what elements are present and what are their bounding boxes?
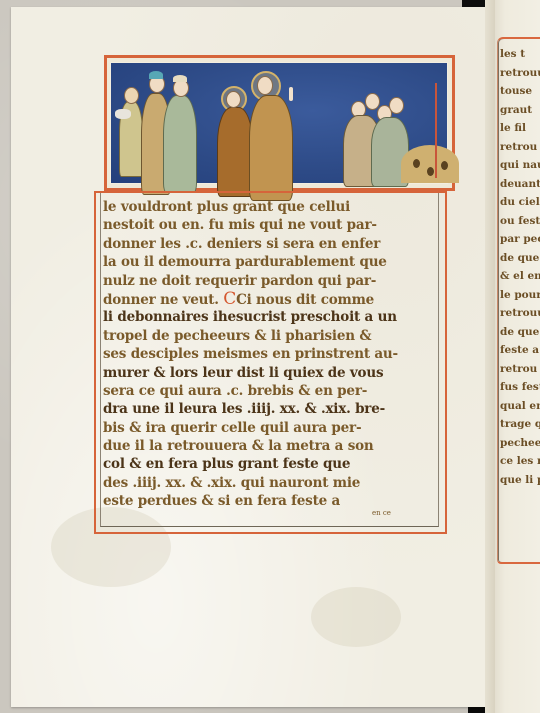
facing-line: & el en xyxy=(500,267,540,286)
facing-line: trage qu xyxy=(500,415,540,434)
facing-line: de que xyxy=(500,249,540,268)
miniature-blue-ground xyxy=(110,62,448,184)
facing-line: deuant xyxy=(500,175,540,194)
text-line: des .iiij. xx. & .xix. qui nauront mie xyxy=(103,474,443,492)
facing-line: qui nau xyxy=(500,156,540,175)
facing-line: les t xyxy=(500,45,540,64)
facing-line: retrouu xyxy=(500,64,540,83)
facing-line: feste a xyxy=(500,341,540,360)
text-line: murer & lors leur dist li quiex de vous xyxy=(103,364,443,382)
facing-line: de que d xyxy=(500,323,540,342)
facing-line: touse xyxy=(500,82,540,101)
red-initial-letter: C xyxy=(223,289,236,309)
text-line: li debonnaires ihesucrist preschoit a un xyxy=(103,308,443,326)
text-fragment: Ci nous dit comme xyxy=(236,292,374,308)
text-line: donner les .c. deniers si sera en enfer xyxy=(103,235,443,253)
facing-line: pecheeurs xyxy=(500,434,540,453)
book-gutter xyxy=(485,0,495,713)
text-line: nulz ne doit requerir pardon qui par- xyxy=(103,272,443,290)
facing-line: retrou xyxy=(500,138,540,157)
parchment-stain xyxy=(311,587,401,647)
facing-line: que li p xyxy=(500,471,540,490)
text-line: le vouldront plus grant que cellui xyxy=(103,198,443,216)
facing-line: retrou xyxy=(500,360,540,379)
raised-hand xyxy=(289,87,293,101)
facing-line: ce les n xyxy=(500,452,540,471)
facing-line: par pec xyxy=(500,230,540,249)
interlinear-gloss: en ce xyxy=(372,509,391,517)
text-line: nestoit ou en. fu mis qui ne vout par- xyxy=(103,216,443,234)
facing-line: fus feste xyxy=(500,378,540,397)
facing-page-text: les t retrouu touse graut le fil retrou … xyxy=(500,45,540,489)
facing-line: du ciel xyxy=(500,193,540,212)
facing-line: graut xyxy=(500,101,540,120)
miniature-red-rule xyxy=(435,83,437,178)
text-fragment: donner ne veut. xyxy=(103,292,219,308)
text-line: tropel de pecheeurs & li pharisien & xyxy=(103,327,443,345)
facing-line: qual en xyxy=(500,397,540,416)
text-line: este perdues & si en fera feste a xyxy=(103,492,443,510)
text-line-with-initial: donner ne veut. CCi nous dit comme xyxy=(103,290,443,308)
text-line: dra une il leura les .iiij. xx. & .xix. … xyxy=(103,400,443,418)
text-line: sera ce qui aura .c. brebis & en per- xyxy=(103,382,443,400)
rocky-hillock xyxy=(401,145,459,183)
text-line: col & en fera plus grant feste que xyxy=(103,455,443,473)
text-line: la ou il demourra pardurablement que xyxy=(103,253,443,271)
text-line: ses desciples meismes en prinstrent au- xyxy=(103,345,443,363)
text-line: bis & ira querir celle quil aura per- xyxy=(103,419,443,437)
facing-line: ou feste xyxy=(500,212,540,231)
facing-line: retrouu xyxy=(500,304,540,323)
facing-line: le fil xyxy=(500,119,540,138)
facing-line: le pour xyxy=(500,286,540,305)
miniature-illustration xyxy=(104,55,455,191)
text-line: due il la retrouuera & la metra a son xyxy=(103,437,443,455)
manuscript-text-column: le vouldront plus grant que cellui nesto… xyxy=(103,198,443,511)
